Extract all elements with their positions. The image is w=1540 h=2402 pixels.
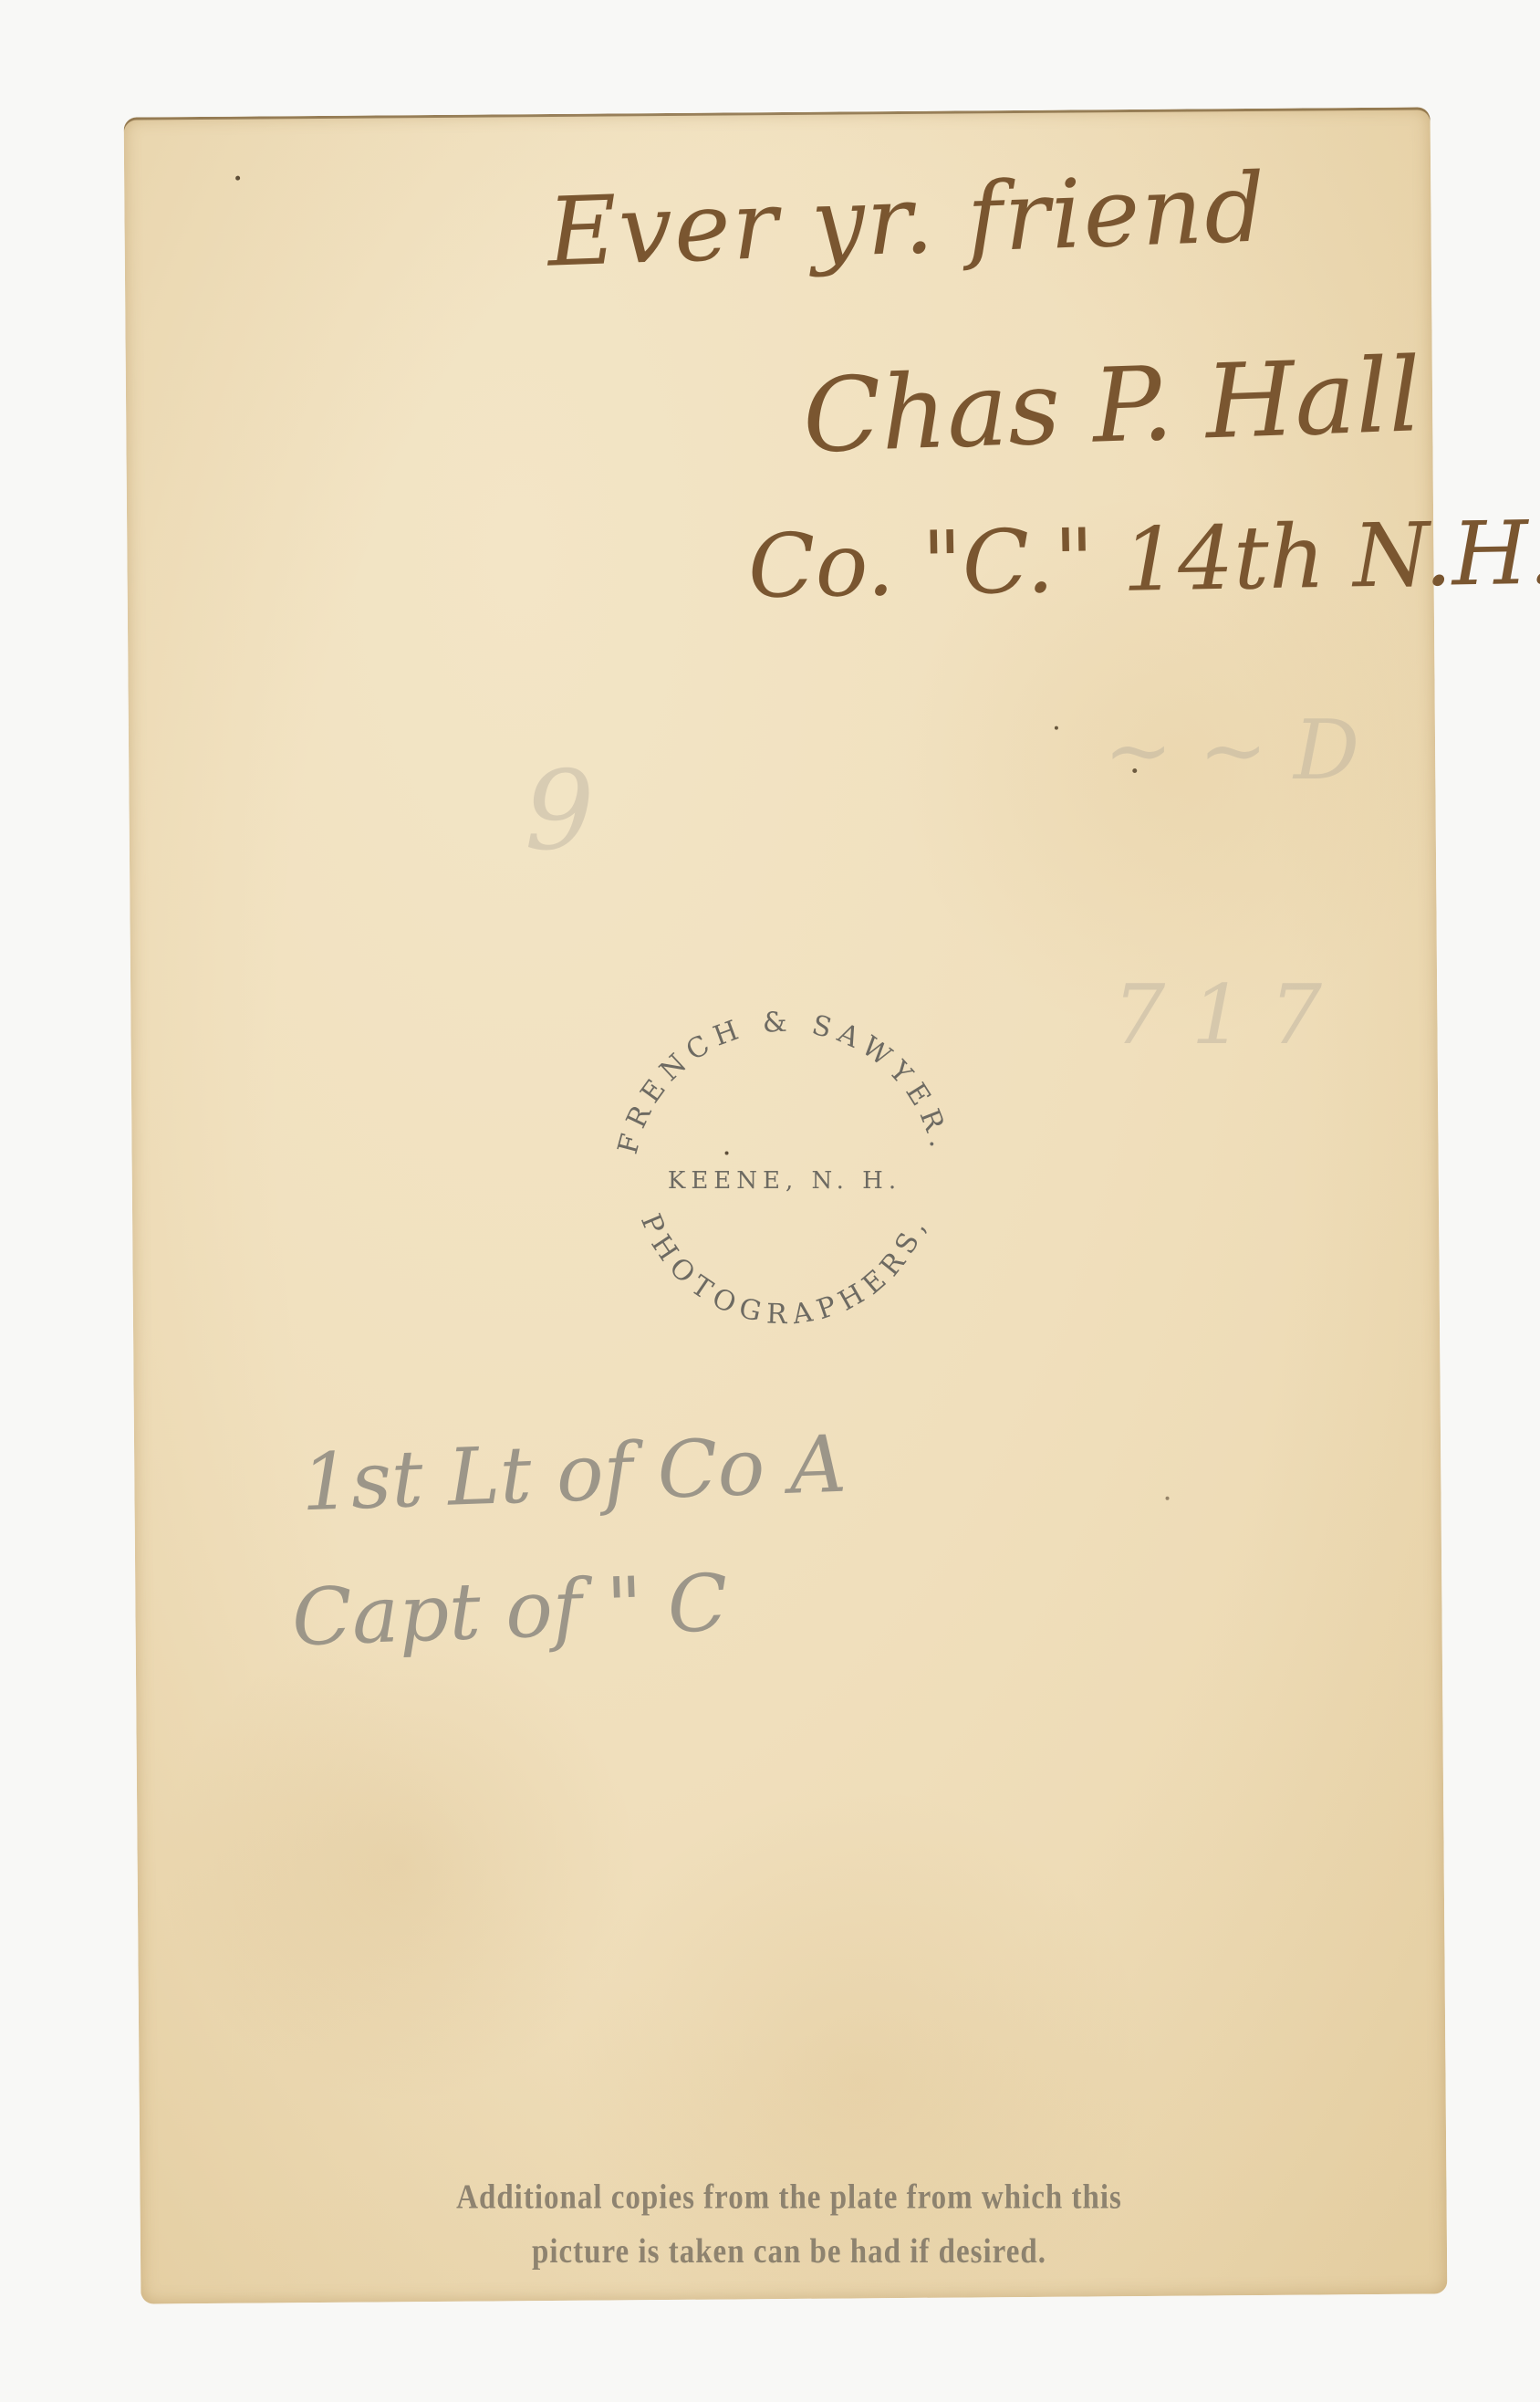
faint-pencil-mark: 7 1 7 xyxy=(1113,967,1322,1063)
printed-footer-notice: Additional copies from the plate from wh… xyxy=(301,2170,1277,2280)
footer-line-1: Additional copies from the plate from wh… xyxy=(301,2170,1277,2225)
stamp-location: KEENE, N. H. xyxy=(668,1167,901,1195)
inscription-unit: Co. "C." 14th N.H. Vols. xyxy=(747,497,1540,618)
pencil-note-rank: 1st Lt of Co A xyxy=(299,1419,848,1530)
inscription-signature: Chas P. Hall xyxy=(801,336,1423,476)
scan-background: Ever yr. friend Chas P. Hall Co. "C." 14… xyxy=(0,0,1540,2402)
stamp-studio-name: FRENCH & SAWYER. xyxy=(612,1006,957,1157)
inscription-greeting: Ever yr. friend xyxy=(546,151,1269,287)
faint-pencil-mark: ~ ~ D xyxy=(1104,703,1359,799)
pencil-note-captain: Capt of " C xyxy=(290,1558,729,1665)
faint-pencil-mark: 9 xyxy=(525,748,594,875)
stamp-profession: PHOTOGRAPHERS, xyxy=(634,1209,935,1331)
card-content: Ever yr. friend Chas P. Hall Co. "C." 14… xyxy=(0,0,1540,2402)
photographer-stamp: FRENCH & SAWYER. KEENE, N. H. PHOTOGRAPH… xyxy=(584,976,985,1378)
footer-line-2: picture is taken can be had if desired. xyxy=(301,2225,1277,2280)
